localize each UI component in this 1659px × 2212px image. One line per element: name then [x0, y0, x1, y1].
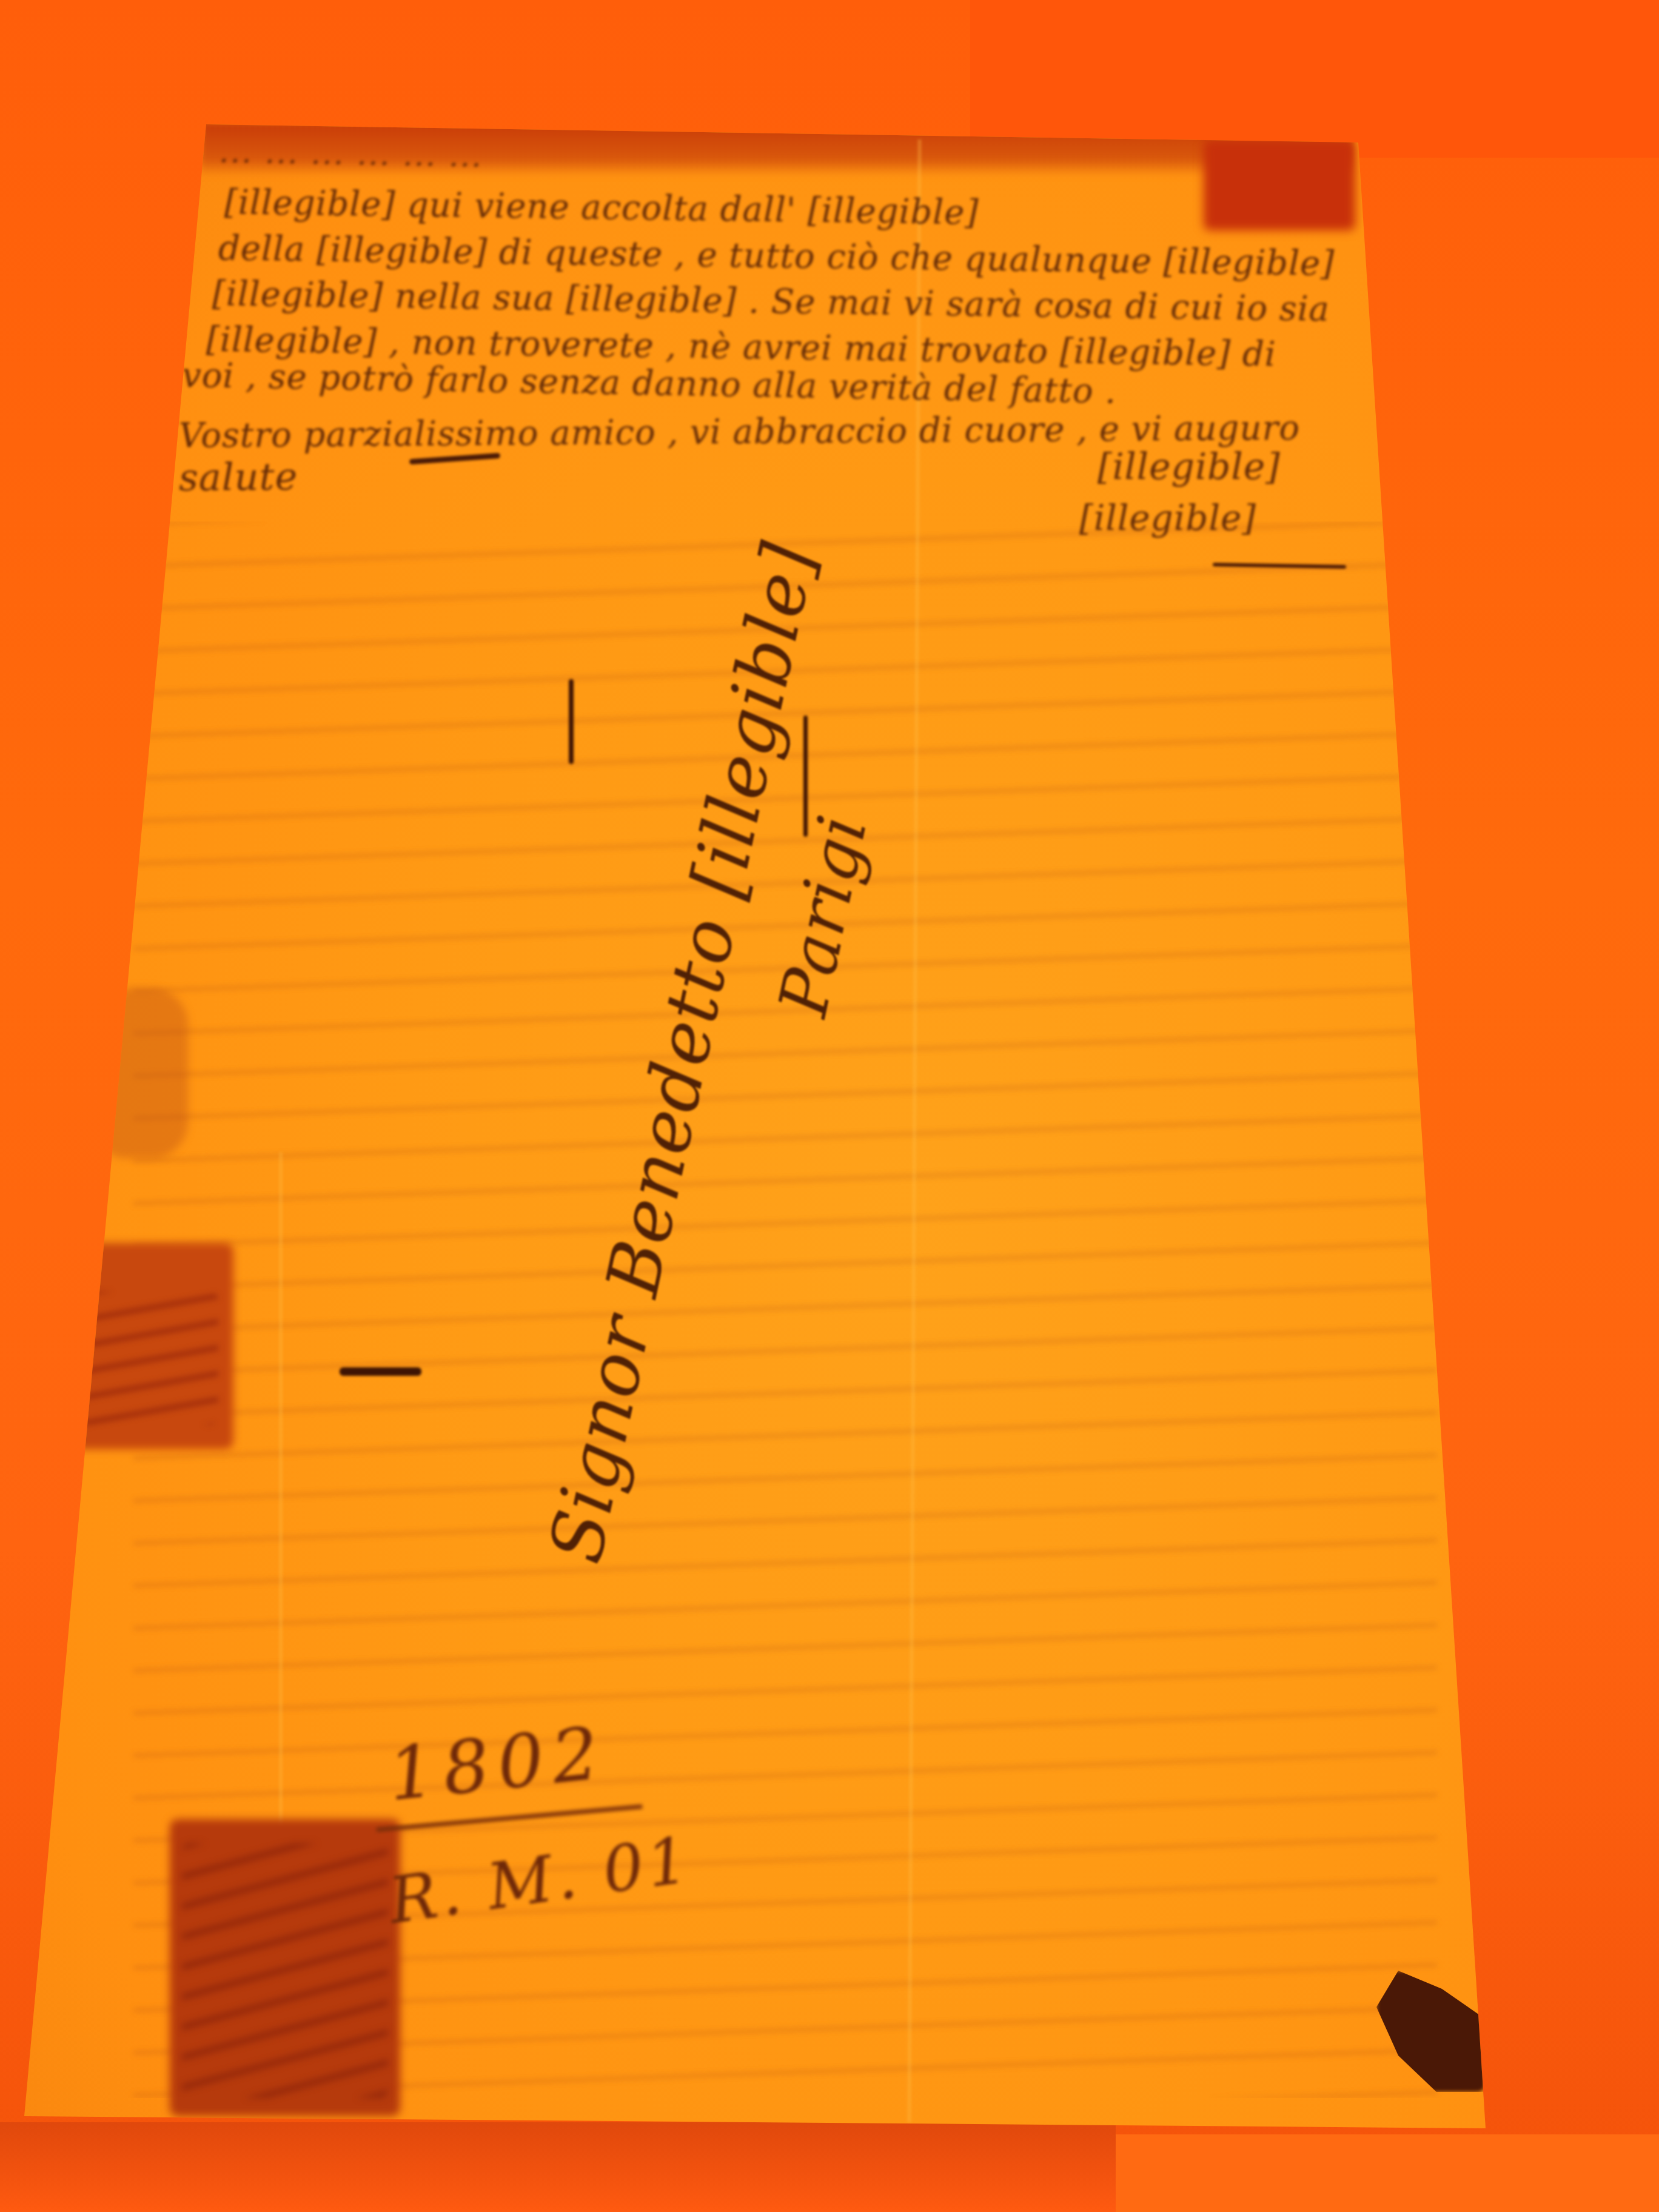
letter-sheet: … … … … … … [illegible] qui viene accolt… [0, 0, 1659, 2212]
closing-salute: salute [179, 454, 298, 500]
background-panel-bottom-right [1116, 2134, 1659, 2212]
address-dash [340, 1367, 421, 1376]
signature-block: [illegible] [illegible] [1079, 446, 1364, 585]
letter-line-3: della [illegible] di queste , e tutto ci… [218, 229, 1335, 284]
letter-line-2: [illegible] qui viene accolta dall' [ill… [224, 183, 979, 232]
background-panel-bottom-left [0, 2122, 1116, 2212]
letter-line-1: … … … … … … [218, 131, 483, 175]
background-panel-top [970, 0, 1659, 158]
left-seal-ink-traces [79, 1292, 218, 1425]
signature-line-1: [illegible] [1098, 446, 1281, 488]
bottom-seal-ink-traces [182, 1843, 388, 2098]
left-margin-blot [91, 988, 188, 1158]
signature-rubric [1213, 563, 1346, 569]
letter-line-4: [illegible] nella sua [illegible] . Se m… [212, 274, 1330, 329]
address-flourish-2 [803, 716, 808, 837]
address-flourish-1 [569, 679, 574, 764]
top-right-corner-stain [1204, 139, 1355, 230]
closing-flourish [409, 453, 500, 464]
signature-line-2: [illegible] [1079, 497, 1256, 538]
